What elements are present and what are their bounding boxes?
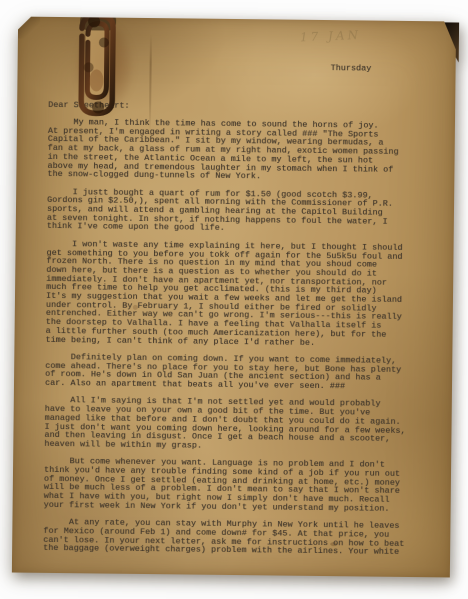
letter-paragraph: All I'm saying is that I'm not settled y… [44, 396, 441, 453]
letter-body: My man, I think the time has come to sou… [43, 118, 444, 566]
corner-fold-shadow [18, 17, 40, 39]
letter-paragraph: Definitely plan on coming down. If you w… [45, 353, 441, 392]
pencil-annotation: 17 JAN [300, 28, 362, 44]
date-line: Thursday [331, 64, 372, 73]
letter-paper: 17 JAN Thursday Dear Sweetheart: My man,… [12, 17, 456, 578]
letter-paragraph: My man, I think the time has come to sou… [47, 118, 444, 183]
letter-paragraph: At any rate, you can stay with Murphy in… [43, 518, 439, 557]
paperclip-icon [73, 12, 121, 121]
letter-paragraph: I won't waste any time explaining it her… [45, 240, 442, 349]
letter-paragraph: I justt bought a quart of rum for $1.50 … [47, 187, 443, 235]
letter-paper-wrapper: 17 JAN Thursday Dear Sweetheart: My man,… [12, 17, 456, 578]
letter-paragraph: But come whenever you want. Language is … [44, 457, 441, 514]
